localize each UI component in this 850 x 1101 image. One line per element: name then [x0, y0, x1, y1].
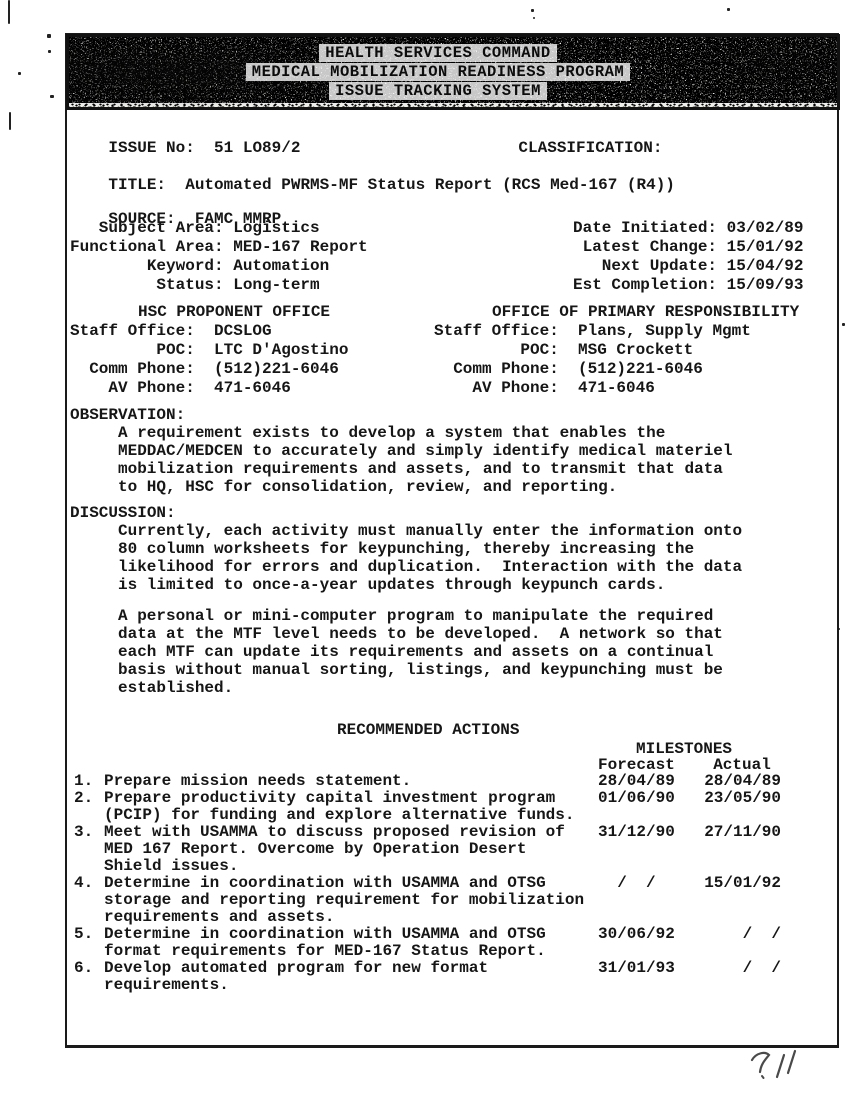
- action-row: MED 167 Report. Overcome by Operation De…: [0, 841, 850, 858]
- attr-label: Est Completion:: [573, 276, 717, 295]
- discussion-section: DISCUSSION: Currently, each activity mus…: [70, 504, 742, 594]
- attr-value: 15/01/92: [727, 238, 804, 256]
- office-row: Comm Phone:(512)221-6046: [70, 360, 348, 379]
- discussion-line: 80 column worksheets for keypunching, th…: [70, 540, 742, 558]
- attr-value: Long-term: [233, 276, 319, 294]
- scan-speck: [533, 17, 535, 19]
- header-line-3: ISSUE TRACKING SYSTEM: [329, 82, 547, 100]
- office-value: 471-6046: [578, 379, 655, 397]
- office-row: Comm Phone:(512)221-6046: [434, 360, 799, 379]
- scan-speck: [47, 34, 51, 38]
- office-label: Staff Office:: [434, 322, 559, 341]
- attr-value: 15/04/92: [727, 257, 804, 275]
- header-line-2: MEDICAL MOBILIZATION READINESS PROGRAM: [246, 63, 630, 81]
- discussion-line: established.: [70, 679, 723, 697]
- attr-value: Logistics: [233, 219, 319, 237]
- scan-speck: [727, 8, 730, 11]
- action-text: Determine in coordination with USAMMA an…: [104, 926, 546, 943]
- issue-no-label: ISSUE No:: [108, 139, 194, 157]
- issue-no-value: 51 LO89/2: [214, 139, 300, 157]
- action-row: 4.Determine in coordination with USAMMA …: [0, 875, 850, 892]
- recommended-actions-table: 1.Prepare mission needs statement.28/04/…: [0, 773, 850, 994]
- office-label: POC:: [434, 341, 559, 360]
- office-row: AV Phone:471-6046: [70, 379, 348, 398]
- attr-value: Automation: [233, 257, 329, 275]
- discussion-line: basis without manual sorting, listings, …: [70, 661, 723, 679]
- forecast-date: 31/12/90: [598, 824, 678, 841]
- attr-label: Functional Area:: [70, 238, 224, 257]
- scanned-document-page: HEALTH SERVICES COMMAND MEDICAL MOBILIZA…: [0, 0, 850, 1101]
- office-value: (512)221-6046: [578, 360, 703, 378]
- action-row: 1.Prepare mission needs statement.28/04/…: [0, 773, 850, 790]
- handwritten-mark: [748, 1048, 804, 1087]
- actual-date: 23/05/90: [703, 790, 781, 807]
- proponent-office-block: HSC PROPONENT OFFICE Staff Office:DCSLOG…: [70, 303, 348, 398]
- actual-date: 28/04/89: [703, 773, 781, 790]
- observation-heading: OBSERVATION:: [70, 406, 733, 424]
- action-row: 3.Meet with USAMMA to discuss proposed r…: [0, 824, 850, 841]
- attr-label: Keyword:: [70, 257, 224, 276]
- attribute-row: Status:Long-term: [70, 276, 368, 295]
- scan-speck: [50, 95, 54, 98]
- action-text: requirements.: [104, 977, 229, 994]
- observation-line: A requirement exists to develop a system…: [70, 424, 733, 442]
- document-header-band: HEALTH SERVICES COMMAND MEDICAL MOBILIZA…: [66, 34, 840, 110]
- office-row: AV Phone:471-6046: [434, 379, 799, 398]
- office-value: 471-6046: [214, 379, 291, 397]
- classification-label: CLASSIFICATION:: [518, 139, 662, 157]
- action-text: (PCIP) for funding and explore alternati…: [104, 807, 574, 824]
- discussion-line: each MTF can update its requirements and…: [70, 643, 723, 661]
- attribute-row: Date Initiated:03/02/89: [573, 219, 803, 238]
- office-heading: HSC PROPONENT OFFICE: [70, 303, 348, 322]
- action-row: 5.Determine in coordination with USAMMA …: [0, 926, 850, 943]
- forecast-date: 28/04/89: [598, 773, 678, 790]
- office-label: Comm Phone:: [70, 360, 195, 379]
- office-value: LTC D'Agostino: [214, 341, 348, 359]
- action-number: 4.: [74, 875, 93, 892]
- scan-speck: [8, 0, 10, 24]
- office-row: Staff Office:DCSLOG: [70, 322, 348, 341]
- scan-speck: [18, 72, 21, 75]
- attr-label: Latest Change:: [573, 238, 717, 257]
- action-text: requirements and assets.: [104, 909, 334, 926]
- office-row: Staff Office:Plans, Supply Mgmt: [434, 322, 799, 341]
- action-text: storage and reporting requirement for mo…: [104, 892, 584, 909]
- action-number: 5.: [74, 926, 93, 943]
- attr-label: Status:: [70, 276, 224, 295]
- action-number: 2.: [74, 790, 93, 807]
- header-line-1: HEALTH SERVICES COMMAND: [319, 44, 556, 62]
- action-number: 1.: [74, 773, 93, 790]
- action-row: 2.Prepare productivity capital investmen…: [0, 790, 850, 807]
- action-row: 6.Develop automated program for new form…: [0, 960, 850, 977]
- action-row: Shield issues.: [0, 858, 850, 875]
- action-row: format requirements for MED-167 Status R…: [0, 943, 850, 960]
- attribute-row: Keyword:Automation: [70, 257, 368, 276]
- attributes-left-block: Subject Area:Logistics Functional Area:M…: [70, 219, 368, 295]
- office-label: AV Phone:: [70, 379, 195, 398]
- observation-section: OBSERVATION: A requirement exists to dev…: [70, 406, 733, 496]
- attribute-row: Next Update:15/04/92: [573, 257, 803, 276]
- forecast-date: 30/06/92: [598, 926, 678, 943]
- office-value: MSG Crockett: [578, 341, 693, 359]
- forecast-date: / /: [598, 875, 678, 892]
- action-text: format requirements for MED-167 Status R…: [104, 943, 546, 960]
- action-number: 3.: [74, 824, 93, 841]
- scan-speck: [842, 323, 845, 326]
- actual-date: / /: [703, 926, 781, 943]
- scan-speck: [48, 50, 51, 53]
- observation-line: to HQ, HSC for consolidation, review, an…: [70, 478, 733, 496]
- action-text: MED 167 Report. Overcome by Operation De…: [104, 841, 526, 858]
- actual-date: / /: [703, 960, 781, 977]
- discussion-line: data at the MTF level needs to be develo…: [70, 625, 723, 643]
- action-row: (PCIP) for funding and explore alternati…: [0, 807, 850, 824]
- actual-date: 27/11/90: [703, 824, 781, 841]
- action-text: Prepare productivity capital investment …: [104, 790, 555, 807]
- attr-label: Date Initiated:: [573, 219, 717, 238]
- discussion-paragraph-2: A personal or mini-computer program to m…: [70, 607, 723, 697]
- action-row: requirements.: [0, 977, 850, 994]
- observation-line: MEDDAC/MEDCEN to accurately and simply i…: [70, 442, 733, 460]
- attribute-row: Est Completion:15/09/93: [573, 276, 803, 295]
- scan-speck: [9, 112, 11, 130]
- scan-speck: [531, 9, 534, 12]
- primary-responsibility-office-block: OFFICE OF PRIMARY RESPONSIBILITY Staff O…: [434, 303, 799, 398]
- attr-value: 03/02/89: [727, 219, 804, 237]
- office-row: POC:LTC D'Agostino: [70, 341, 348, 360]
- action-text: Determine in coordination with USAMMA an…: [104, 875, 546, 892]
- office-value: Plans, Supply Mgmt: [578, 322, 751, 340]
- discussion-line: Currently, each activity must manually e…: [70, 522, 742, 540]
- office-label: Staff Office:: [70, 322, 195, 341]
- office-label: POC:: [70, 341, 195, 360]
- discussion-line: likelihood for errors and duplication. I…: [70, 558, 742, 576]
- action-number: 6.: [74, 960, 93, 977]
- observation-line: mobilization requirements and assets, an…: [70, 460, 733, 478]
- forecast-date: 31/01/93: [598, 960, 678, 977]
- action-row: storage and reporting requirement for mo…: [0, 892, 850, 909]
- action-text: Meet with USAMMA to discuss proposed rev…: [104, 824, 565, 841]
- office-label: AV Phone:: [434, 379, 559, 398]
- attr-label: Next Update:: [573, 257, 717, 276]
- office-label: Comm Phone:: [434, 360, 559, 379]
- discussion-heading: DISCUSSION:: [70, 504, 742, 522]
- recommended-actions-heading: RECOMMENDED ACTIONS: [337, 721, 519, 740]
- action-text: Develop automated program for new format: [104, 960, 488, 977]
- forecast-date: 01/06/90: [598, 790, 678, 807]
- office-row: POC:MSG Crockett: [434, 341, 799, 360]
- office-heading: OFFICE OF PRIMARY RESPONSIBILITY: [434, 303, 799, 322]
- discussion-line: is limited to once-a-year updates throug…: [70, 576, 742, 594]
- attr-value: MED-167 Report: [233, 238, 367, 256]
- office-value: (512)221-6046: [214, 360, 339, 378]
- action-row: requirements and assets.: [0, 909, 850, 926]
- office-value: DCSLOG: [214, 322, 272, 340]
- document-title-block: HEALTH SERVICES COMMAND MEDICAL MOBILIZA…: [69, 43, 837, 101]
- attr-value: 15/09/93: [727, 276, 804, 294]
- action-text: Shield issues.: [104, 858, 238, 875]
- attribute-row: Latest Change:15/01/92: [573, 238, 803, 257]
- attribute-row: Subject Area:Logistics: [70, 219, 368, 238]
- attr-label: Subject Area:: [70, 219, 224, 238]
- attributes-right-block: Date Initiated:03/02/89 Latest Change:15…: [573, 219, 803, 295]
- action-text: Prepare mission needs statement.: [104, 773, 411, 790]
- attribute-row: Functional Area:MED-167 Report: [70, 238, 368, 257]
- discussion-line: A personal or mini-computer program to m…: [70, 607, 723, 625]
- actual-date: 15/01/92: [703, 875, 781, 892]
